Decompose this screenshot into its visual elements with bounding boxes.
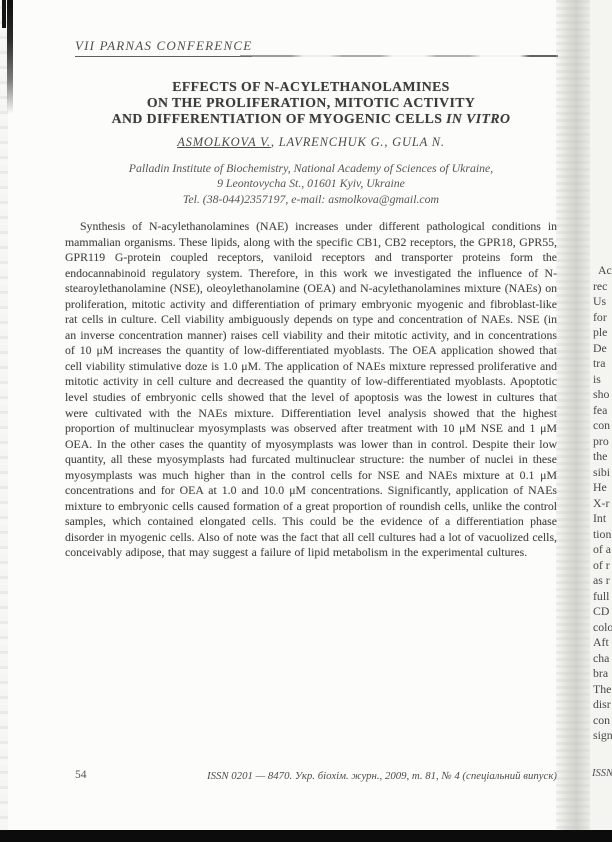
cutoff-text-fragment: The [593,682,612,698]
author-presenting: ASMOLKOVA V. [177,135,271,149]
cutoff-text-fragment: sibi [593,465,612,481]
header-rule [240,55,558,57]
running-header-conference-name: VII PARNAS CONFERENCE [75,38,252,57]
cutoff-text-fragment: bra [593,666,612,682]
page-gutter-shadow [556,0,590,830]
title-in-vitro: IN VITRO [446,111,510,126]
cutoff-text-fragment: of a [593,542,612,558]
scan-corner-artifact [2,0,6,28]
paper-title: EFFECTS OF N-ACYLETHANOLAMINES ON THE PR… [65,79,557,126]
cutoff-text-fragment: as r [593,573,612,589]
scan-scratch-artifact [7,0,13,114]
next-page-sliver: AcrecUsforpleDetraisshofeaconprothesibiH… [590,0,612,830]
affiliation-address: 9 Leontovycha St., 01601 Kyiv, Ukraine [65,176,557,191]
cutoff-text-fragment: sign [593,728,612,744]
scan-left-edge [0,0,8,842]
authors-rest: , LAVRENCHUK G., GULA N. [271,135,445,149]
authors-line: ASMOLKOVA V., LAVRENCHUK G., GULA N. [65,135,557,150]
affiliation-contact: Tel. (38-044)2357197, e-mail: asmolkova@… [65,192,557,207]
cutoff-text-fragment: tion [593,527,612,543]
cutoff-text-fragment: tra [593,356,612,372]
cutoff-text-column: AcrecUsforpleDetraisshofeaconprothesibiH… [593,263,612,744]
cutoff-text-fragment: con [593,418,612,434]
cutoff-text-fragment: X-r [593,496,612,512]
cutoff-text-fragment: is [593,372,612,388]
cutoff-text-fragment: Aft [593,635,612,651]
title-line-1: EFFECTS OF N-ACYLETHANOLAMINES [172,79,450,94]
cutoff-text-fragment: He [593,480,612,496]
cutoff-text-fragment: De [593,341,612,357]
affiliation-institute: Palladin Institute of Biochemistry, Nati… [65,161,557,176]
abstract-text: Synthesis of N-acylethanolamines (NAE) i… [65,219,557,561]
scan-bottom-edge [0,830,612,842]
next-page-issn-fragment: ISSN [592,768,612,779]
cutoff-text-fragment: colo [593,620,612,636]
cutoff-text-fragment: cha [593,651,612,667]
cutoff-text-fragment: the [593,449,612,465]
cutoff-text-fragment: full [593,589,612,605]
cutoff-text-fragment: Ac [593,263,612,279]
cutoff-text-fragment: Int [593,511,612,527]
journal-issn-line: ISSN 0201 — 8470. Укр. біохім. журн., 20… [65,770,557,782]
title-line-2: ON THE PROLIFERATION, MITOTIC ACTIVITY [147,95,475,110]
cutoff-text-fragment: for [593,310,612,326]
cutoff-text-fragment: of r [593,558,612,574]
cutoff-text-fragment: fea [593,403,612,419]
affiliation-block: Palladin Institute of Biochemistry, Nati… [65,161,557,207]
cutoff-text-fragment: ple [593,325,612,341]
cutoff-text-fragment: pro [593,434,612,450]
scanned-abstract-page: VII PARNAS CONFERENCE EFFECTS OF N-ACYLE… [0,0,612,842]
cutoff-text-fragment: disr [593,697,612,713]
cutoff-text-fragment: sho [593,387,612,403]
cutoff-text-fragment: rec [593,279,612,295]
cutoff-text-fragment: CD [593,604,612,620]
cutoff-text-fragment: Us [593,294,612,310]
cutoff-text-fragment: con [593,713,612,729]
title-line-3: AND DIFFERENTIATION OF MYOGENIC CELLS [112,111,446,126]
